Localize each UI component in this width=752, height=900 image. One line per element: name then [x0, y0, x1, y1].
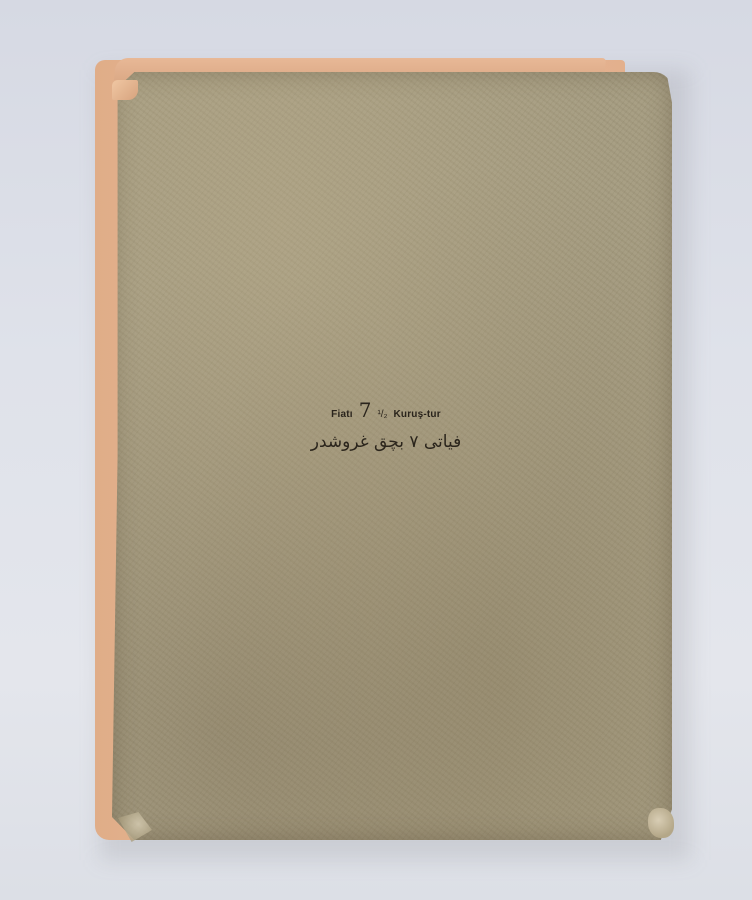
price-label: Fiatı	[331, 409, 353, 420]
price-ottoman-line: فیاتی ۷ بچق غروشدر	[20, 432, 752, 452]
folded-corner-top-left	[112, 80, 138, 100]
price-amount: 7	[359, 398, 372, 422]
book-back-cover	[112, 72, 672, 840]
price-latin-line: Fiatı 7 ¹/₂ Kuruş-tur	[20, 398, 752, 422]
price-stamp: Fiatı 7 ¹/₂ Kuruş-tur فیاتی ۷ بچق غروشدر	[0, 398, 752, 452]
price-unit: Kuruş-tur	[393, 409, 440, 420]
worn-corner-bottom-right	[648, 808, 674, 838]
price-fraction: ¹/₂	[377, 409, 387, 420]
